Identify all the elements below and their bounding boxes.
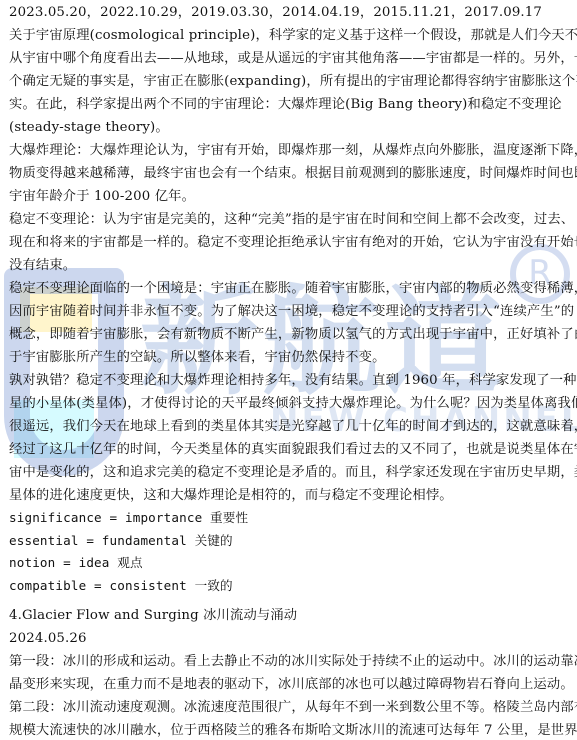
paragraph-line: 实。在此，科学家提出两个不同的宇宙理论：大爆炸理论(Big Bang theor… [9,96,562,114]
paragraph-line: 宇宙年龄介于 100-200 亿年。 [9,188,195,206]
paragraph-line: 稳定不变理论面临的一个困境是：宇宙正在膨胀。随着宇宙膨胀，宇宙内部的物质必然变得… [9,280,577,298]
paragraph-line: 经过了这几十亿年的时间，今天类星体的真实面貌跟我们看过去的又不同了，也就是说类星… [9,441,577,459]
paragraph-line: 稳定不变理论：认为宇宙是完美的，这种“完美”指的是宇宙在时间和空间上都不会改变，… [9,211,574,229]
paragraph-line: 孰对孰错？稳定不变理论和大爆炸理论相持多年，没有结果。直到 1960 年，科学家… [9,372,577,390]
paragraph-line: (steady-stage theory)。 [9,119,169,137]
section-date: 2024.05.26 [9,630,87,648]
vocabulary-item: significance = importance 重要性 [9,509,248,527]
paragraph-line: 没有结束。 [9,257,76,275]
paragraph-line: 因而宇宙随着时间并非永恒不变。为了解决这一困境，稳定不变理论的支持者引入“连续产… [9,303,574,321]
vocabulary-item: compatible = consistent 一致的 [9,577,233,595]
exam-dates: 2023.05.20，2022.10.29，2019.03.30，2014.04… [9,4,542,22]
paragraph-line: 现在和将来的宇宙都是一样的。稳定不变理论拒绝承认宇宙有绝对的开始，它认为宇宙没有… [9,234,577,252]
paragraph-line: 物质变得越来越稀薄，最终宇宙也会有一个结束。根据目前观测到的膨胀速度，时间爆炸时… [9,165,577,183]
vocabulary-item: essential = fundamental 关键的 [9,532,233,550]
paragraph-line: 晶变形来实现，在重力而不是地表的驱动下，冰川底部的冰也可以越过障碍物岩石脊向上运… [9,676,574,694]
paragraph-line: 很遥远，我们今天在地球上看到的类星体其实是光穿越了几十亿年的时间才到达的，这就意… [9,418,577,436]
paragraph-line: 星的小星体(类星体)，才使得讨论的天平最终倾斜支持大爆炸理论。为什么呢？因为类星… [9,395,577,413]
paragraph-line: 个确定无疑的事实是，宇宙正在膨胀(expanding)，所有提出的宇宙理论都得容… [9,73,577,91]
paragraph-line: 于宇宙膨胀所产生的空缺。所以整体来看，宇宙仍然保持不变。 [9,349,386,367]
vocabulary-item: notion = idea 观点 [9,554,143,572]
paragraph-line: 规模大流速快的冰川融水，位于西格陵兰的雅各布斯哈文斯冰川的流速可达每年 7 公里… [9,722,577,740]
section-title: 4.Glacier Flow and Surging 冰川流动与涌动 [9,607,297,625]
paragraph-line: 概念，即随着宇宙膨胀，会有新物质不断产生，新物质以氢气的方式出现于宇宙中，正好填… [9,326,577,344]
paragraph-line: 第一段：冰川的形成和运动。看上去静止不动的冰川实际处于持续不止的运动中。冰川的运… [9,653,577,671]
paragraph-line: 星体的进化速度更快，这和大爆炸理论是相符的，而与稳定不变理论相悖。 [9,487,453,505]
paragraph-line: 从宇宙中哪个角度看出去——从地球，或是从遥远的宇宙其他角落——宇宙都是一样的。另… [9,50,577,68]
paragraph-line: 第二段：冰川流动速度观测。冰流速度范围很广，从每年不到一米到数公里不等。格陵兰岛… [9,699,577,717]
paragraph-line: 宙中是变化的，这和追求完美的稳定不变理论是矛盾的。而且，科学家还发现在宇宙历史早… [9,464,577,482]
paragraph-line: 大爆炸理论：大爆炸理论认为，宇宙有开始，即爆炸那一刻，从爆炸点向外膨胀，温度逐渐… [9,142,577,160]
paragraph-line: 关于宇宙原理(cosmological principle)，科学家的定义基于这… [9,27,577,45]
